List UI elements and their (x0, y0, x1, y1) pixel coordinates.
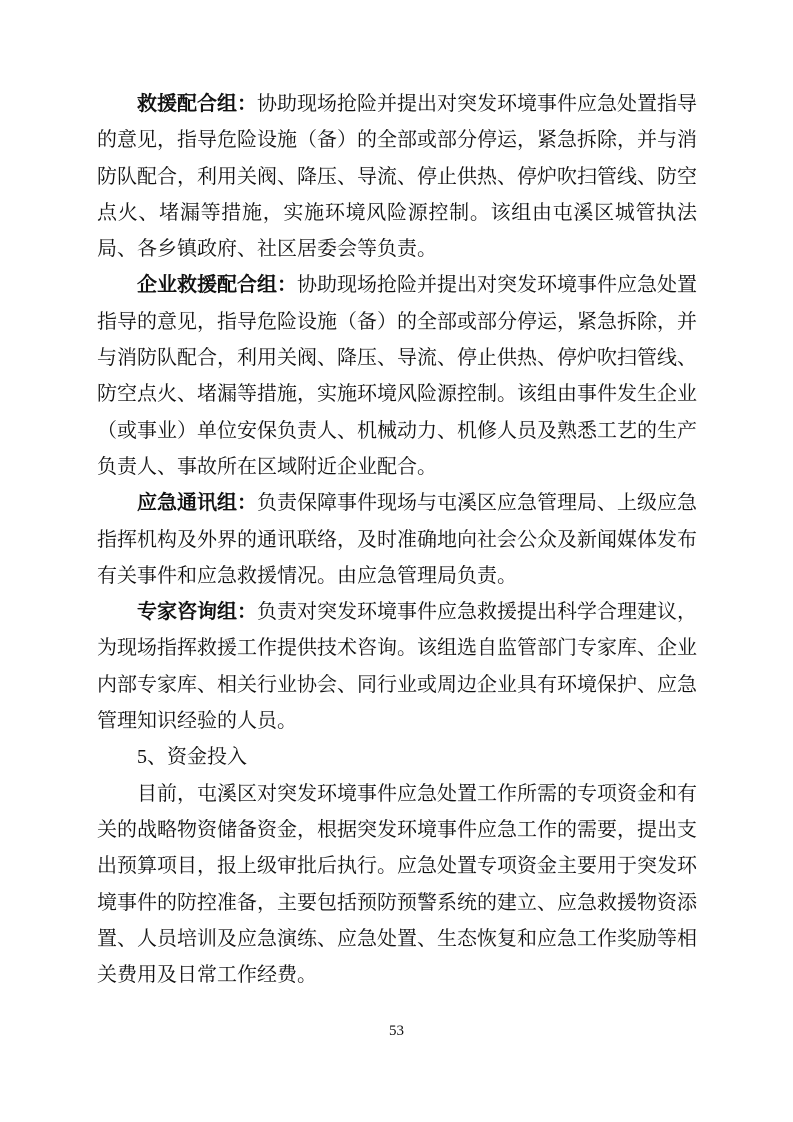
paragraph-lead: 企业救援配合组： (137, 274, 297, 296)
paragraph-text: 协助现场抢险并提出对突发环境事件应急处置指导的意见，指导危险设施（备）的全部或部… (97, 274, 697, 477)
page-number: 53 (0, 1021, 793, 1041)
paragraph: 应急通讯组：负责保障事件现场与屯溪区应急管理局、上级应急指挥机构及外界的通讯联络… (97, 485, 697, 594)
paragraph: 目前，屯溪区对突发环境事件应急处置工作所需的专项资金和有关的战略物资储备资金，根… (97, 776, 697, 994)
paragraph-lead: 应急通讯组： (137, 492, 257, 514)
page-content: 救援配合组：协助现场抢险并提出对突发环境事件应急处置指导的意见，指导危险设施（备… (97, 86, 697, 993)
paragraph: 企业救援配合组：协助现场抢险并提出对突发环境事件应急处置指导的意见，指导危险设施… (97, 267, 697, 485)
paragraph-text: 目前，屯溪区对突发环境事件应急处置工作所需的专项资金和有关的战略物资储备资金，根… (97, 783, 697, 986)
paragraph: 专家咨询组：负责对突发环境事件应急救援提出科学合理建议，为现场指挥救援工作提供技… (97, 594, 697, 739)
paragraph-lead: 专家咨询组： (137, 601, 257, 623)
section-heading: 5、资金投入 (97, 739, 697, 775)
paragraph: 救援配合组：协助现场抢险并提出对突发环境事件应急处置指导的意见，指导危险设施（备… (97, 86, 697, 267)
paragraph-text: 5、资金投入 (137, 746, 247, 768)
paragraph-text: 协助现场抢险并提出对突发环境事件应急处置指导的意见，指导危险设施（备）的全部或部… (97, 93, 697, 260)
paragraph-lead: 救援配合组： (137, 93, 257, 115)
document-page: 救援配合组：协助现场抢险并提出对突发环境事件应急处置指导的意见，指导危险设施（备… (0, 0, 793, 1122)
